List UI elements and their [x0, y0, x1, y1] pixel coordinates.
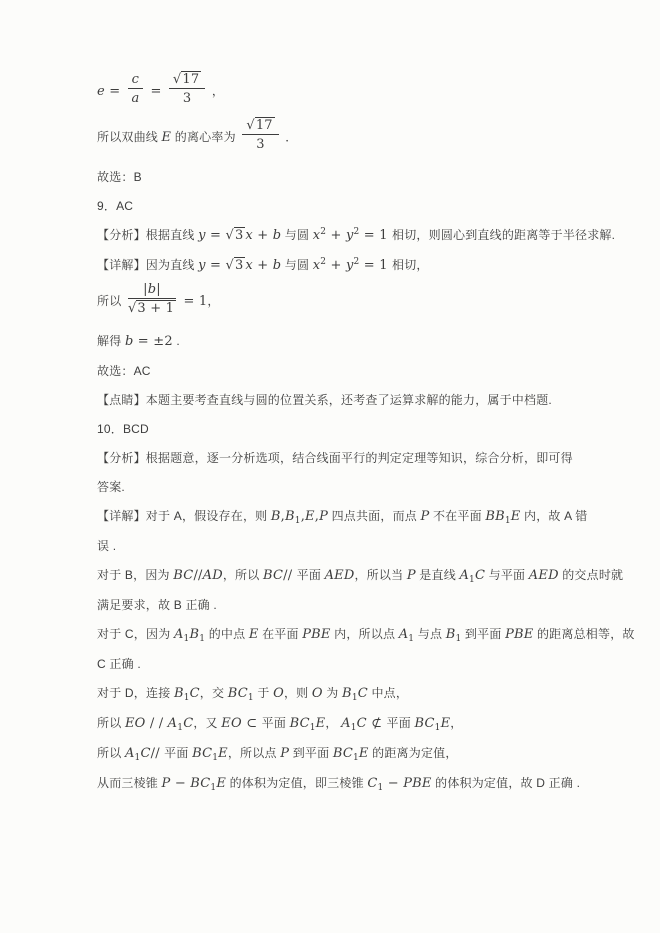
math-variable-subscript: B1 — [342, 686, 358, 701]
math-variable: E — [316, 716, 326, 731]
detail-10-optionA-line2: 误 . — [97, 536, 600, 556]
text-segment: 的体积为定值，即三棱锥 — [226, 776, 367, 790]
math-variable-subscript: A1 — [399, 627, 415, 642]
conclusion-eccentricity: 所以双曲线 E 的离心率为 √173 ． — [97, 121, 600, 155]
text-segment: 【详解】因为直线 — [97, 258, 198, 272]
math-variable: EO — [221, 716, 242, 731]
math-variable: C — [475, 568, 485, 583]
math-operator: 17 — [256, 118, 273, 133]
text-segment: 所以 — [97, 294, 125, 308]
math-operator: 3 — [235, 258, 243, 273]
text-segment: 为 — [323, 686, 342, 700]
text-segment: 的离心率为 — [171, 130, 239, 144]
math-variable: B — [485, 509, 495, 524]
math-fraction: |b|√3 + 1 — [128, 282, 176, 316]
text-segment: ， — [207, 294, 219, 308]
detail-9-equation: 所以 |b|√3 + 1 = 1， — [97, 285, 600, 319]
math-operator: = 1 — [359, 228, 392, 243]
math-variable: C — [140, 746, 150, 761]
math-radical: √17 — [173, 72, 201, 87]
math-operator: − — [383, 776, 403, 791]
math-variable: E — [359, 746, 369, 761]
text-segment: 不在平面 — [429, 509, 485, 523]
detail-10-optionD-line1: 对于 D，连接 B1C，交 BC1 于 O，则 O 为 B1C 中点， — [97, 683, 600, 704]
math-operator: = 1 — [359, 258, 392, 273]
math-radical: √3 — [225, 226, 245, 246]
math-variable-subscript: C1 — [424, 716, 440, 731]
text-segment: 平面 — [297, 568, 325, 582]
math-operator: // — [193, 568, 202, 583]
text-segment: 满足要求，故 B 正确 . — [97, 598, 217, 612]
text-segment: 于 — [254, 686, 273, 700]
text-segment: ， — [450, 716, 462, 730]
detail-10-optionD-line2: 所以 EO / / A1C，又 EO ⊂ 平面 BC1E， A1C ⊄ 平面 B… — [97, 713, 600, 734]
math-variable: E — [249, 627, 259, 642]
text-segment: 【详解】对于 A，假设存在，则 — [97, 509, 271, 523]
math-variable: B — [271, 509, 281, 524]
math-operator: 3 — [235, 228, 243, 243]
formula-eccentricity: e = ca = √173 ， — [97, 75, 600, 109]
math-variable: O — [273, 686, 284, 701]
text-segment: 10．BCD — [97, 422, 149, 436]
text-segment: 平面 — [262, 716, 290, 730]
text-segment: 到平面 — [461, 627, 505, 641]
math-operator: + — [253, 258, 273, 273]
comment-9: 【点睛】本题主要考查直线与圆的位置关系，还考查了运算求解的能力，属于中档题. — [97, 390, 600, 410]
math-variable-subscript: C1 — [202, 746, 218, 761]
math-operator: + — [326, 228, 346, 243]
math-variable: E — [441, 716, 451, 731]
math-variable-subscript: C1 — [300, 716, 316, 731]
math-variable: PBE — [505, 627, 533, 642]
text-segment: ，所以当 — [354, 568, 406, 582]
math-variable: E — [305, 509, 315, 524]
text-segment: 误 . — [97, 539, 116, 553]
answer-8: 故选：B — [97, 167, 600, 187]
math-variable: PBE — [403, 776, 431, 791]
math-variable: P — [407, 568, 416, 583]
answer-9: 故选：AC — [97, 361, 600, 381]
text-segment: 所以 — [97, 746, 125, 760]
text-segment: 对于 D，连接 — [97, 686, 174, 700]
math-fraction: √173 — [169, 72, 205, 106]
text-segment: ， — [325, 716, 341, 730]
text-segment: 9．AC — [97, 199, 133, 213]
math-variable: y — [198, 228, 206, 243]
math-variable: y — [198, 258, 206, 273]
math-variable: O — [312, 686, 323, 701]
text-segment: 的交点时就 — [559, 568, 624, 582]
text-segment: 中点， — [368, 686, 408, 700]
math-variable-subscript: A1 — [174, 627, 190, 642]
math-operator: // — [151, 746, 165, 761]
math-variable: AED — [529, 568, 559, 583]
math-radical: √3 — [225, 256, 245, 276]
math-radical: √17 — [246, 118, 274, 133]
math-variable-subscript: C1 — [238, 686, 254, 701]
detail-10-optionB-line1: 对于 B，因为 BC//AD，所以 BC// 平面 AED，所以当 P 是直线 … — [97, 565, 600, 586]
math-variable-superscript: y2 — [346, 228, 359, 243]
detail-10-optionB-line2: 满足要求，故 B 正确 . — [97, 595, 600, 615]
math-variable: B — [190, 776, 200, 791]
math-operator: − — [171, 776, 191, 791]
math-variable: e — [97, 84, 105, 99]
math-fraction: ca — [128, 72, 143, 106]
text-segment: 故选：AC — [97, 364, 151, 378]
text-segment: 的距离总相等，故 — [533, 627, 634, 641]
math-variable: C — [357, 716, 367, 731]
math-variable: b — [273, 258, 282, 273]
document-page: e = ca = √173 ，所以双曲线 E 的离心率为 √173 ．故选：B9… — [0, 0, 660, 933]
text-segment: 对于 C，因为 — [97, 627, 174, 641]
text-segment: 在平面 — [259, 627, 303, 641]
text-segment: 答案. — [97, 480, 125, 494]
math-variable: x — [245, 258, 253, 273]
text-segment: 【分析】根据题意，逐一分析选项，结合线面平行的判定定理等知识，综合分析，即可得 — [97, 451, 573, 465]
math-variable: b — [273, 228, 282, 243]
text-segment: 平面 — [164, 746, 192, 760]
math-variable-superscript: x2 — [313, 258, 326, 273]
text-segment: C 正确 . — [97, 657, 141, 671]
text-segment: 的中点 — [205, 627, 249, 641]
text-segment: 与圆 — [281, 258, 312, 272]
text-segment: 相切， — [392, 258, 429, 272]
detail-10-optionC-line1: 对于 C，因为 A1B1 的中点 E 在平面 PBE 内，所以点 A1 与点 B… — [97, 624, 600, 645]
math-variable: C — [358, 686, 368, 701]
math-operator: | — [156, 282, 161, 297]
document-content: e = ca = √173 ，所以双曲线 E 的离心率为 √173 ．故选：B9… — [97, 72, 600, 803]
math-operator: = 1 — [179, 294, 207, 309]
text-segment: 所以双曲线 — [97, 130, 162, 144]
math-variable: PBE — [302, 627, 330, 642]
math-operator: ⊄ — [367, 716, 387, 731]
math-operator: + — [253, 228, 273, 243]
text-segment: . — [173, 334, 180, 348]
question-9-answer: 9．AC — [97, 196, 600, 216]
math-variable: E — [218, 746, 228, 761]
math-variable: x — [245, 228, 253, 243]
math-variable: BC — [263, 568, 283, 583]
math-variable-subscript: A1 — [168, 716, 184, 731]
math-variable: E — [216, 776, 226, 791]
math-variable: P — [162, 776, 171, 791]
math-operator: 3 — [183, 91, 191, 106]
text-segment: 故选：B — [97, 170, 142, 184]
math-variable: c — [132, 72, 139, 87]
math-operator: 3 + 1 — [137, 301, 174, 316]
math-operator: 17 — [182, 72, 199, 87]
math-operator: = ±2 — [133, 334, 172, 349]
text-segment: 与圆 — [281, 228, 312, 242]
math-variable: E — [511, 509, 521, 524]
math-variable-subscript: C1 — [367, 776, 383, 791]
math-operator: = — [105, 84, 125, 99]
math-variable-subscript: C1 — [343, 746, 359, 761]
text-segment: 内，所以点 — [331, 627, 399, 641]
detail-9-given: 【详解】因为直线 y = √3x + b 与圆 x2 + y2 = 1 相切， — [97, 255, 600, 276]
math-variable-subscript: A1 — [459, 568, 475, 583]
math-variable: a — [131, 91, 139, 106]
text-segment: ， — [208, 84, 224, 98]
math-variable-superscript: y2 — [346, 258, 359, 273]
math-variable: B — [333, 746, 343, 761]
math-variable-subscript: B1 — [174, 686, 190, 701]
detail-10-optionA-line1: 【详解】对于 A，假设存在，则 B,B1,E,P 四点共面，而点 P 不在平面 … — [97, 506, 600, 527]
text-segment: 所以 — [97, 716, 125, 730]
math-variable-subscript: A1 — [341, 716, 357, 731]
math-operator: = — [146, 84, 166, 99]
math-variable-subscript: B1 — [285, 509, 301, 524]
math-variable: C — [183, 716, 193, 731]
math-variable-superscript: x2 — [313, 228, 326, 243]
math-operator: // — [283, 568, 297, 583]
math-variable: AED — [325, 568, 355, 583]
detail-9-solution: 解得 b = ±2 . — [97, 331, 600, 352]
math-variable: P — [280, 746, 289, 761]
text-segment: 相切，则圆心到直线的距离等于半径求解. — [392, 228, 615, 242]
math-variable: B — [192, 746, 202, 761]
analysis-10-line1: 【分析】根据题意，逐一分析选项，结合线面平行的判定定理等知识，综合分析，即可得 — [97, 448, 600, 468]
text-segment: ，所以 — [223, 568, 263, 582]
math-variable-subscript: B1 — [495, 509, 511, 524]
math-variable-subscript: A1 — [125, 746, 141, 761]
math-variable-subscript: B1 — [446, 627, 462, 642]
math-operator: ⊂ — [242, 716, 262, 731]
text-segment: 与平面 — [485, 568, 529, 582]
math-radical: √3 + 1 — [128, 301, 176, 316]
text-segment: 对于 B，因为 — [97, 568, 173, 582]
math-fraction: √173 — [242, 118, 278, 152]
math-operator: + — [326, 258, 346, 273]
math-operator: 3 — [256, 137, 264, 152]
text-segment: 平面 — [387, 716, 415, 730]
text-segment: 【分析】根据直线 — [97, 228, 198, 242]
text-segment: 【点睛】本题主要考查直线与圆的位置关系，还考查了运算求解的能力，属于中档题. — [97, 393, 552, 407]
math-variable: B — [228, 686, 238, 701]
text-segment: 从而三棱锥 — [97, 776, 162, 790]
text-segment: 是直线 — [416, 568, 460, 582]
math-operator: = — [206, 258, 226, 273]
detail-10-optionC-line2: C 正确 . — [97, 654, 600, 674]
text-segment: 的距离为定值， — [369, 746, 458, 760]
math-operator: / / — [146, 716, 168, 731]
math-variable: C — [190, 686, 200, 701]
analysis-9: 【分析】根据直线 y = √3x + b 与圆 x2 + y2 = 1 相切，则… — [97, 225, 600, 246]
analysis-10-line2: 答案. — [97, 477, 600, 497]
text-segment: 内，故 A 错 — [521, 509, 588, 523]
math-variable: P — [319, 509, 328, 524]
math-operator: = — [206, 228, 226, 243]
text-segment: 的体积为定值，故 D 正确 . — [432, 776, 581, 790]
math-variable: E — [162, 130, 172, 145]
math-variable: AD — [203, 568, 223, 583]
math-variable: EO — [125, 716, 146, 731]
math-variable-subscript: B1 — [189, 627, 205, 642]
text-segment: 解得 — [97, 334, 125, 348]
detail-10-optionD-line3: 所以 A1C// 平面 BC1E，所以点 P 到平面 BC1E 的距离为定值， — [97, 743, 600, 764]
text-segment: 到平面 — [289, 746, 333, 760]
text-segment: ，交 — [200, 686, 228, 700]
text-segment: 四点共面，而点 — [328, 509, 420, 523]
text-segment: ，又 — [193, 716, 221, 730]
math-variable-subscript: C1 — [200, 776, 216, 791]
question-10-answer: 10．BCD — [97, 419, 600, 439]
text-segment: ，则 — [284, 686, 312, 700]
text-segment: ． — [282, 130, 298, 144]
math-variable: B — [290, 716, 300, 731]
math-variable: B — [414, 716, 424, 731]
detail-10-optionD-line4: 从而三棱锥 P − BC1E 的体积为定值，即三棱锥 C1 − PBE 的体积为… — [97, 773, 600, 794]
math-variable: BC — [173, 568, 193, 583]
text-segment: 与点 — [414, 627, 445, 641]
text-segment: ，所以点 — [228, 746, 280, 760]
